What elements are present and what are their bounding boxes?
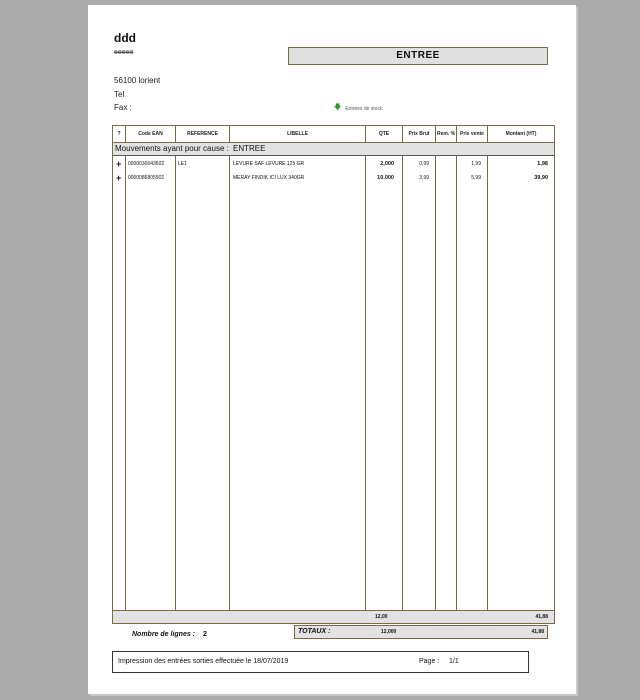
document-title: ENTREE xyxy=(288,47,548,65)
row-remise xyxy=(436,171,454,185)
legend-label: Entrées de stock xyxy=(345,106,382,112)
totaux-qte: 12,000 xyxy=(381,626,396,638)
table-row: + 0000030043602 LE1 LEVURE SAF LEVURE 12… xyxy=(113,157,554,171)
col-reference: REFERENCE xyxy=(176,126,229,142)
col-montant: Montant (HT) xyxy=(488,126,554,142)
divider xyxy=(456,126,457,142)
cause-row: Mouvements ayant pour cause : ENTREE xyxy=(113,143,554,156)
col-prix-brut: Prix Brut xyxy=(403,126,435,142)
col-ean: Code EAN xyxy=(126,126,175,142)
row-qte: 10,000 xyxy=(366,171,394,185)
company-subtitle: eeeee xyxy=(114,49,133,56)
legend: 🡇 Entrées de stock xyxy=(334,103,382,114)
row-prix-brut: 3,99 xyxy=(403,171,429,185)
totaux-box: TOTAUX : 12,000 41,88 xyxy=(294,625,548,639)
row-montant: 39,90 xyxy=(488,171,548,185)
company-name: ddd xyxy=(114,31,136,45)
col-sign: ? xyxy=(113,126,125,142)
row-prix-brut: 0,99 xyxy=(403,157,429,171)
table-totals-row: 12,00 41,88 xyxy=(113,610,554,623)
cause-value: ENTREE xyxy=(233,143,265,155)
divider xyxy=(487,126,488,142)
divider xyxy=(456,156,457,610)
col-qte: QTE xyxy=(366,126,402,142)
divider xyxy=(435,126,436,142)
divider xyxy=(402,156,403,610)
divider xyxy=(365,126,366,142)
company-address: 56100 lorient xyxy=(114,76,160,85)
row-ean: 0000030043602 xyxy=(128,157,164,171)
print-info: Impression des entrées sorties effectuée… xyxy=(118,652,288,672)
totals-montant: 41,88 xyxy=(535,611,548,623)
row-qte: 2,000 xyxy=(366,157,394,171)
divider xyxy=(487,156,488,610)
divider xyxy=(175,156,176,610)
divider xyxy=(229,126,230,142)
row-montant: 1,98 xyxy=(488,157,548,171)
totaux-label: TOTAUX : xyxy=(298,626,330,638)
row-libelle: LEVURE SAF LEVURE 125 GR xyxy=(233,157,304,171)
row-libelle: MERAY FINDIK ICI LUX 340GR xyxy=(233,171,304,185)
page-number: 1/1 xyxy=(449,652,459,672)
row-prix-vente: 1,99 xyxy=(457,157,481,171)
row-prix-vente: 5,99 xyxy=(457,171,481,185)
row-sign: + xyxy=(116,171,121,185)
divider xyxy=(125,126,126,142)
row-sign: + xyxy=(116,157,121,171)
row-ean: 0000086805902 xyxy=(128,171,164,185)
page-label: Page : xyxy=(419,652,439,672)
tel-label: Tel xyxy=(114,90,124,99)
movements-table: ? Code EAN REFERENCE LIBELLE QTE Prix Br… xyxy=(112,125,555,624)
col-remise: Rem. % xyxy=(436,126,456,142)
line-count-value: 2 xyxy=(203,631,207,638)
fax-label: Fax : xyxy=(114,103,132,112)
footer-box: Impression des entrées sorties effectuée… xyxy=(112,651,529,673)
report-page: ddd eeeee 56100 lorient Tel Fax : ENTREE… xyxy=(88,5,576,694)
totals-qte: 12,00 xyxy=(375,611,388,623)
col-prix-vente: Prix vente xyxy=(457,126,487,142)
divider xyxy=(175,126,176,142)
table-row: + 0000086805902 MERAY FINDIK ICI LUX 340… xyxy=(113,171,554,185)
divider xyxy=(229,156,230,610)
divider xyxy=(125,156,126,610)
totaux-montant: 41,88 xyxy=(531,626,544,638)
row-reference: LE1 xyxy=(178,157,187,171)
line-count: Nombre de lignes :2 xyxy=(132,631,207,638)
cause-label: Mouvements ayant pour cause : xyxy=(115,143,229,155)
line-count-label: Nombre de lignes : xyxy=(132,631,195,638)
divider xyxy=(402,126,403,142)
row-remise xyxy=(436,157,454,171)
divider xyxy=(435,156,436,610)
divider xyxy=(365,156,366,610)
green-down-arrow-icon: 🡇 xyxy=(334,103,341,114)
col-libelle: LIBELLE xyxy=(230,126,365,142)
